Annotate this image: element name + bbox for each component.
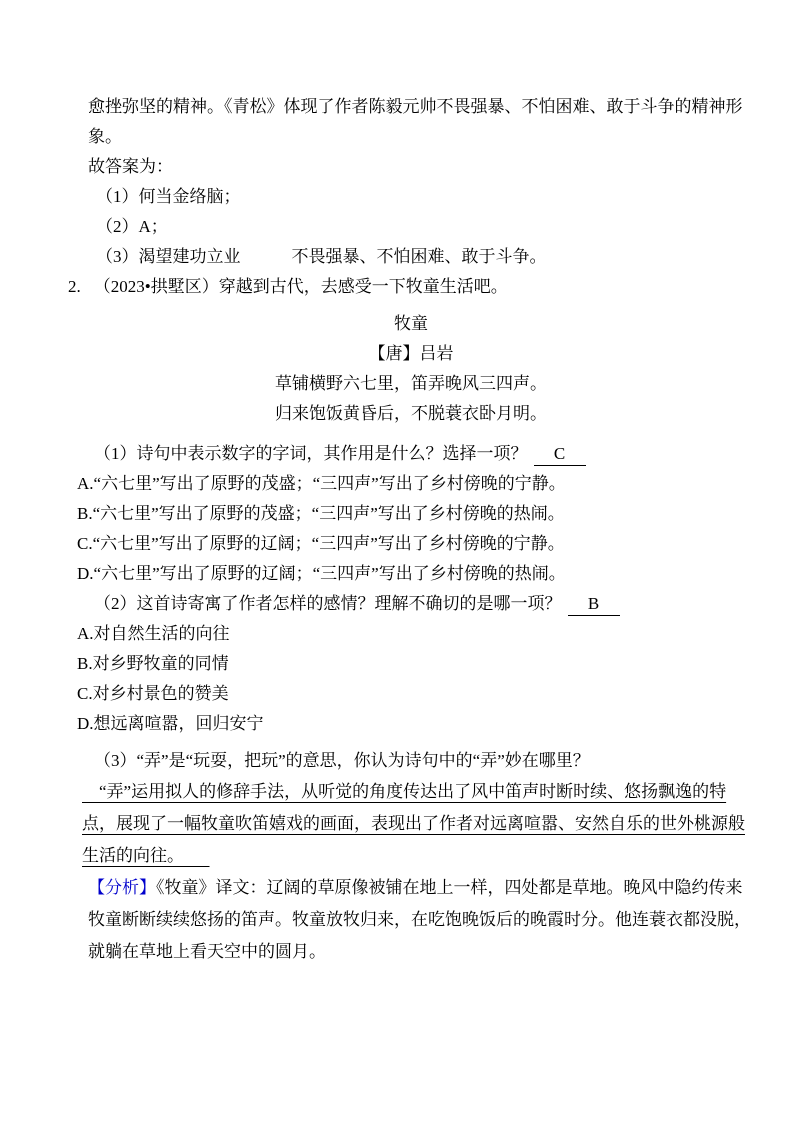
analysis-text-1: 《牧童》译文：辽阔的草原像被铺在地上一样，四处都是草地。晚风中隐约传来 xyxy=(156,878,743,897)
answer-item-3: （3）渴望建功立业 不畏强暴、不怕困难、敢于斗争。 xyxy=(96,242,734,272)
sub-question-1: （1）诗句中表示数字的字词，其作用是什么？选择一项？C A.“六七里”写出了原野… xyxy=(88,439,734,589)
sub3-answer-line-1: “弄”运用拟人的修辞手法，从听觉的角度传达出了风中笛声时断时续、悠扬飘逸的特 xyxy=(82,776,734,808)
sub3-written-answer: “弄”运用拟人的修辞手法，从听觉的角度传达出了风中笛声时断时续、悠扬飘逸的特 点… xyxy=(88,776,734,872)
sub2-option-b: B.对乡野牧童的同情 xyxy=(77,649,734,679)
prelude-line-2: 象。 xyxy=(88,122,734,152)
poem-line-1: 草铺横野六七里，笛弄晚风三四声。 xyxy=(88,369,734,399)
sub2-option-a: A.对自然生活的向往 xyxy=(77,619,734,649)
sub3-prompt: （3）“弄”是“玩耍，把玩”的意思，你认为诗句中的“弄”妙在哪里？ xyxy=(94,746,734,776)
analysis-label: 【分析】 xyxy=(88,878,156,897)
sub1-prompt-line: （1）诗句中表示数字的字词，其作用是什么？选择一项？C xyxy=(94,439,734,469)
sub1-option-a: A.“六七里”写出了原野的茂盛；“三四声”写出了乡村傍晚的宁静。 xyxy=(77,469,734,499)
answer-item-1: （1）何当金络脑； xyxy=(96,182,734,212)
analysis-line-3: 就躺在草地上看天空中的圆月。 xyxy=(88,936,734,968)
sub1-option-c: C.“六七里”写出了原野的辽阔；“三四声”写出了乡村傍晚的宁静。 xyxy=(77,529,734,559)
sub2-option-d: D.想远离喧嚣，回归安宁 xyxy=(77,709,734,739)
sub2-prompt: （2）这首诗寄寓了作者怎样的感情？理解不确切的是哪一项？ xyxy=(94,594,562,613)
sub1-prompt: （1）诗句中表示数字的字词，其作用是什么？选择一项？ xyxy=(94,444,528,463)
poem-title: 牧童 xyxy=(88,309,734,339)
poem-line-2: 归来饱饭黄昏后，不脱蓑衣卧月明。 xyxy=(88,399,734,429)
prelude-paragraph: 愈挫弥坚的精神。《青松》体现了作者陈毅元帅不畏强暴、不怕困难、敢于斗争的精神形 … xyxy=(88,92,734,272)
question-number: 2. xyxy=(68,277,81,296)
sub2-option-c: C.对乡村景色的赞美 xyxy=(77,679,734,709)
sub1-option-b: B.“六七里”写出了原野的茂盛；“三四声”写出了乡村傍晚的热闹。 xyxy=(77,499,734,529)
sub3-answer-line-2: 点，展现了一幅牧童吹笛嬉戏的画面，表现出了作者对远离喧嚣、安然自乐的世外桃源般 xyxy=(82,808,734,840)
poem: 牧童 【唐】吕岩 草铺横野六七里，笛弄晚风三四声。 归来饱饭黄昏后，不脱蓑衣卧月… xyxy=(88,309,734,429)
sub-question-3: （3）“弄”是“玩耍，把玩”的意思，你认为诗句中的“弄”妙在哪里？ “弄”运用拟… xyxy=(88,746,734,872)
question-2-header: 2.（2023•拱墅区）穿越到古代，去感受一下牧童生活吧。 xyxy=(68,272,734,302)
sub-question-2: （2）这首诗寄寓了作者怎样的感情？理解不确切的是哪一项？B A.对自然生活的向往… xyxy=(88,589,734,739)
prelude-line-1: 愈挫弥坚的精神。《青松》体现了作者陈毅元帅不畏强暴、不怕困难、敢于斗争的精神形 xyxy=(88,92,734,122)
sub3-answer-line-3: 生活的向往。 xyxy=(82,840,734,872)
analysis-line-2: 牧童断断续续悠扬的笛声。牧童放牧归来，在吃饱晚饭后的晚霞时分。他连蓑衣都没脱， xyxy=(88,904,734,936)
sub1-answer-blank: C xyxy=(534,443,586,466)
sub2-answer-blank: B xyxy=(568,593,620,616)
analysis-section: 【分析】《牧童》译文：辽阔的草原像被铺在地上一样，四处都是草地。晚风中隐约传来 … xyxy=(88,872,734,968)
answer-item-2: （2）A； xyxy=(96,212,734,242)
analysis-line-1: 【分析】《牧童》译文：辽阔的草原像被铺在地上一样，四处都是草地。晚风中隐约传来 xyxy=(88,872,734,904)
poem-author: 【唐】吕岩 xyxy=(88,339,734,369)
sub2-prompt-line: （2）这首诗寄寓了作者怎样的感情？理解不确切的是哪一项？B xyxy=(94,589,734,619)
document-page: 愈挫弥坚的精神。《青松》体现了作者陈毅元帅不畏强暴、不怕困难、敢于斗争的精神形 … xyxy=(0,0,794,1123)
question-stem: （2023•拱墅区）穿越到古代，去感受一下牧童生活吧。 xyxy=(94,277,508,296)
answer-intro: 故答案为： xyxy=(88,152,734,182)
sub1-option-d: D.“六七里”写出了原野的辽阔；“三四声”写出了乡村傍晚的热闹。 xyxy=(77,559,734,589)
